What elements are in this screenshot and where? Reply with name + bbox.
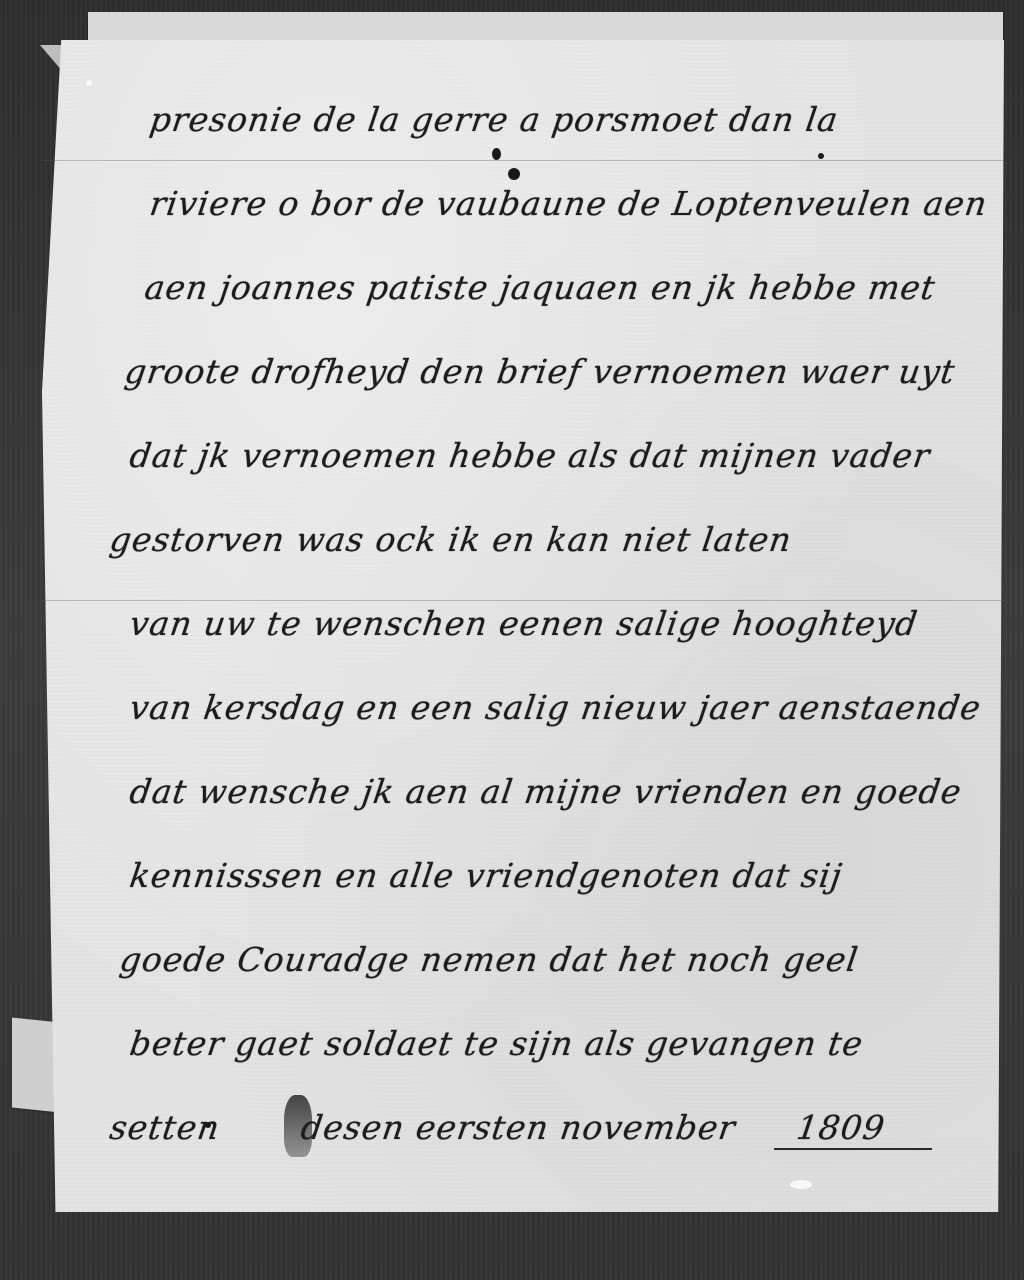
letter-body: presonie de la gerre a porsmoet dan la r… <box>110 78 990 1170</box>
letter-line: gestorven was ock ik en kan niet laten <box>104 498 996 582</box>
closing-date-text: desen eersten november <box>299 1108 739 1147</box>
letter-line: beter gaet soldaet te sijn als gevangen … <box>104 1002 996 1086</box>
light-glare <box>790 1180 812 1189</box>
closing-year: 1809 <box>774 1108 938 1150</box>
closing-word: setten <box>107 1108 222 1147</box>
letter-line: dat wensche jk aen al mijne vrienden en … <box>104 750 996 834</box>
letter-line: van kersdag en een salig nieuw jaer aens… <box>104 666 996 750</box>
letter-line: goede Couradge nemen dat het noch geel <box>104 918 996 1002</box>
letter-line: presonie de la gerre a porsmoet dan la <box>104 78 996 162</box>
letter-line: aen joannes patiste jaquaen en jk hebbe … <box>104 246 996 330</box>
letter-line: groote drofheyd den brief vernoemen waer… <box>104 330 996 414</box>
letter-line: dat jk vernoemen hebbe als dat mijnen va… <box>104 414 996 498</box>
letter-closing-line: setten desen eersten november 1809 <box>104 1086 996 1170</box>
letter-line: kennisssen en alle vriendgenoten dat sij <box>104 834 996 918</box>
letter-line: riviere o bor de vaubaune de Loptenveule… <box>104 162 996 246</box>
letter-line: van uw te wenschen eenen salige hooghtey… <box>104 582 996 666</box>
light-glare <box>86 80 92 86</box>
